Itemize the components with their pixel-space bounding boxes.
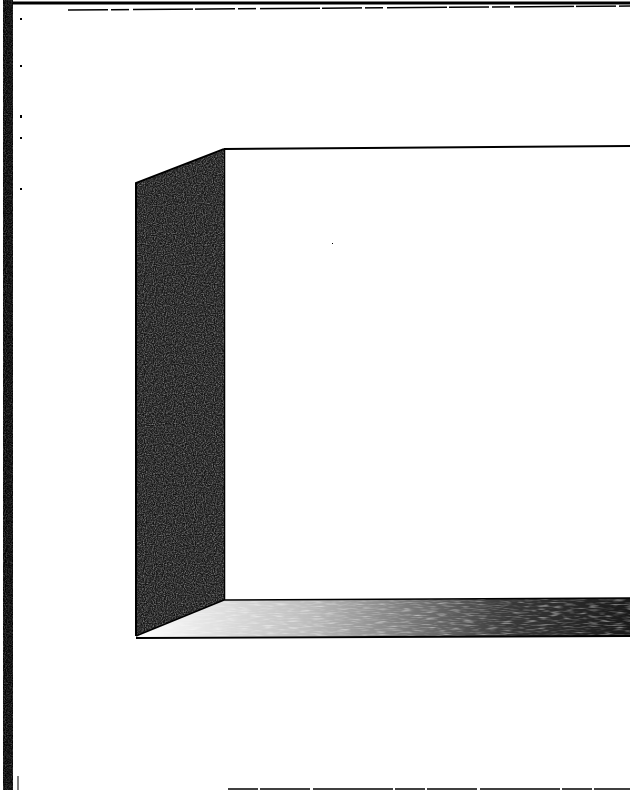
back-face [224, 146, 630, 600]
bottom-border-line [18, 776, 630, 790]
box-drawing [0, 0, 630, 790]
left-side-wall [136, 149, 224, 636]
top-border-line [13, 3, 630, 10]
left-border-strip [3, 0, 13, 790]
